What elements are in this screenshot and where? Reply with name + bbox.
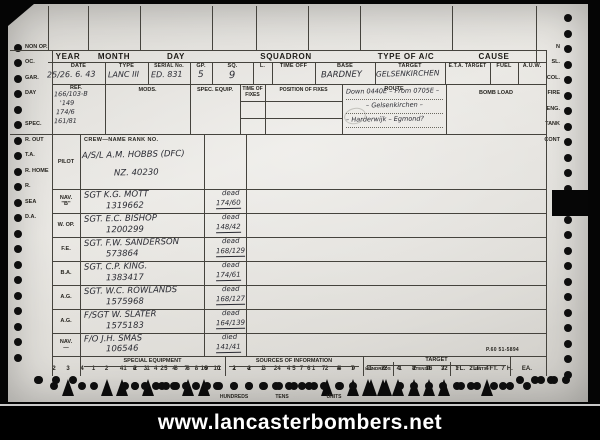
crew-note-ref: 174/60 [216, 199, 241, 210]
grid-line [190, 62, 191, 84]
banner-month: MONTH [88, 50, 140, 62]
punch-cell: 4 [481, 366, 493, 400]
crew-number: 573864 [106, 249, 139, 260]
grid-line [204, 134, 205, 356]
punch-hole [14, 338, 22, 346]
website-url-text: www.lancasterbombers.net [158, 411, 442, 435]
punch-hole [192, 382, 200, 390]
left-punch-column: NON OP.OC.GAR.DAYSPEC.R. OUTT.A.R. HOMER… [10, 40, 52, 366]
punch-hole [14, 354, 22, 362]
field-type-value: LANC III [108, 70, 139, 80]
grid-line [240, 101, 342, 102]
punch-cell: 4 [275, 366, 283, 400]
punch-cell [52, 366, 60, 400]
punch-cell: 7 [320, 366, 328, 400]
field-auw-label: A.U.W. [518, 62, 546, 69]
field-l-label: L. [253, 62, 272, 69]
punch-cell: 7 [439, 366, 447, 400]
edge-punch-row: NON OP. [10, 40, 52, 56]
banner-type-of-ac: TYPE OF A/C [360, 50, 452, 62]
punch-cell [516, 366, 524, 400]
grid-line [52, 356, 546, 357]
punched-notch [481, 379, 493, 396]
crew-role: A.G. [52, 285, 80, 309]
crew-name: A/S/L A.M. HOBBS (DFC) [82, 149, 185, 161]
punch-hole [162, 382, 170, 390]
punch-row-label: N [556, 45, 560, 51]
crew-note-ref: 141/41 [216, 343, 241, 354]
punch-cell: 9 [349, 366, 357, 400]
punch-cell: 7 [182, 366, 190, 400]
field-serial-value: ED. 831 [151, 70, 183, 80]
punch-cell: 2 [131, 366, 139, 400]
crew-name: SGT. E.C. BISHOP [84, 213, 157, 225]
field-eta-target-label: E.T.A. TARGET [445, 62, 490, 69]
crew-row-ag-1: A.G. SGT. W.C. ROWLANDS 1575968 dead 168… [52, 285, 546, 309]
punch-hole [564, 154, 572, 162]
grid-line [48, 62, 546, 63]
field-sq-label: SQ. [212, 62, 253, 69]
punch-hole [152, 382, 160, 390]
grid-line [272, 62, 273, 84]
grid-line [212, 6, 213, 50]
punch-cell: 6 [172, 366, 180, 400]
edge-punch-row [10, 335, 52, 351]
grid-line [212, 62, 213, 84]
punch-col-label: 7 [501, 366, 504, 372]
grid-line [452, 6, 453, 50]
punch-hole [564, 216, 572, 224]
field-type-label: TYPE [105, 62, 148, 69]
grid-line [105, 84, 106, 134]
bottom-punch-group-right [512, 366, 574, 400]
grid-line [450, 362, 451, 376]
punch-hole [467, 382, 475, 390]
punch-col-label: 2 [384, 366, 387, 372]
grid-line [490, 62, 491, 84]
ref-line-4: 161/81 [54, 117, 77, 125]
crew-role: B.A. [52, 261, 80, 285]
punch-hole [14, 152, 22, 160]
punch-col-label: 1 [398, 366, 401, 372]
grid-line [52, 261, 546, 262]
punched-notch [380, 379, 392, 396]
punch-row-label: DAY [25, 91, 36, 97]
grid-line [363, 356, 364, 376]
punch-row-label: GAR. [25, 76, 39, 82]
edge-punch-row: SEA [10, 195, 52, 211]
field-eta-target: E.T.A. TARGET [445, 62, 490, 84]
punch-hole [335, 382, 343, 390]
punch-cell: 1 [365, 366, 377, 400]
punch-hole [14, 214, 22, 222]
crew-note-ref: 174/61 [216, 271, 241, 282]
punch-col-label: 7 [441, 366, 444, 372]
punch-hole [14, 90, 22, 98]
punch-row-label: TANK [545, 122, 560, 128]
field-date-value: 25/26. 6. 43 [47, 69, 96, 79]
crew-row-nav-b: NAV."B" SGT K.G. MOTT 1319662 dead 174/6… [52, 189, 546, 213]
punch-cell: 2 [101, 366, 113, 400]
crew-note-word: dead [222, 237, 240, 245]
field-gp-label: GP. [190, 62, 212, 69]
field-base-value: BARDNEY [321, 70, 362, 81]
punch-hole [14, 75, 22, 83]
edge-punch-row: T.A. [10, 149, 52, 165]
punch-hole [564, 293, 572, 301]
edge-punch-row: R. [10, 180, 52, 196]
crew-row-ag-2: A.G. F/SGT W. SLATER 1575183 dead 164/13… [52, 309, 546, 333]
punch-hole [131, 382, 139, 390]
grid-line [367, 365, 506, 366]
punch-hole [203, 382, 211, 390]
crew-note-word: died [222, 333, 237, 341]
punch-hole [14, 245, 22, 253]
punch-hole [290, 382, 298, 390]
grid-line [518, 62, 519, 84]
punch-cell: 10 [213, 366, 221, 400]
punch-hole [260, 382, 268, 390]
punch-hole [439, 382, 447, 390]
punch-hole [14, 199, 22, 207]
banner-day: DAY [140, 50, 212, 62]
edge-punch-row [10, 319, 52, 335]
grid-line [315, 62, 316, 84]
punch-hole [410, 382, 418, 390]
edge-punch-row: TANK [508, 118, 574, 134]
punch-hole [14, 307, 22, 315]
punch-col-label: 1 [455, 366, 458, 372]
sources-of-information-label: SOURCES OF INFORMATION [225, 358, 363, 364]
grid-line [190, 84, 191, 134]
punch-cell: 1 [121, 366, 129, 400]
punch-hole [547, 376, 555, 384]
punch-cell [35, 366, 43, 400]
grid-line [52, 285, 546, 286]
punch-cell: 5 [290, 366, 298, 400]
grid-line [253, 62, 254, 84]
grid-line [84, 366, 221, 367]
punch-hole [564, 309, 572, 317]
grid-line [10, 50, 546, 51]
punch-hole [564, 231, 572, 239]
edge-punch-row: DAY [10, 87, 52, 103]
punch-cell: 2 [467, 366, 475, 400]
punch-hole [121, 382, 129, 390]
punch-hole [245, 382, 253, 390]
grid-line [225, 356, 226, 376]
punch-hole [14, 137, 22, 145]
torn-punch-slot [552, 190, 588, 216]
punch-hole [564, 92, 572, 100]
punch-hole [14, 323, 22, 331]
punch-hole [564, 30, 572, 38]
screenshot-root: { "page": { "url_bar_text": "www.lancast… [0, 0, 600, 440]
target-section-label: TARGET [363, 357, 510, 363]
punch-cell: 8 [192, 366, 200, 400]
punch-cell: 4 [152, 366, 160, 400]
field-type: TYPELANC III [105, 62, 148, 84]
punch-row-label: T.A. [25, 153, 35, 159]
punch-cell: 2 [410, 366, 418, 400]
punch-row-label: COL. [547, 76, 560, 82]
edge-punch-row [508, 9, 574, 25]
punch-row-label: D.A. [25, 215, 36, 221]
field-sq-value: 9 [229, 70, 236, 81]
crew-name: SGT. W.C. ROWLANDS [84, 285, 177, 297]
punch-cell: 1 [396, 366, 404, 400]
crew-row-pilot: PILOT A/S/L A.M. HOBBS (DFC) NZ. 40230 [52, 134, 546, 189]
form-code: P.60 51-5894 [486, 347, 519, 353]
punch-hole [14, 230, 22, 238]
punched-notch [365, 379, 377, 396]
punch-hole [564, 262, 572, 270]
punch-hole [564, 169, 572, 177]
grid-line [445, 62, 446, 84]
crew-number: 1319662 [106, 201, 144, 212]
edge-punch-row [10, 226, 52, 242]
crew-note-word: dead [222, 189, 240, 197]
punch-hole [349, 382, 357, 390]
loss-record-punch-card: 234 1248 124816 HUNDREDS124 TENS1247 UNI… [8, 4, 588, 402]
crew-role: NAV.— [52, 333, 80, 356]
grid-line [393, 362, 394, 376]
grid-line [240, 84, 241, 134]
punch-hole [320, 382, 328, 390]
crew-note-word: dead [222, 213, 240, 221]
punch-cell: 9 [203, 366, 211, 400]
punch-hole [213, 382, 221, 390]
crew-name: SGT K.G. MOTT [84, 189, 149, 200]
punch-hole [141, 382, 149, 390]
punch-hole [564, 355, 572, 363]
spec-equip-label: SPEC. EQUIP. [190, 87, 240, 93]
time-of-fixes-label-2: FIXES [240, 92, 265, 98]
punch-cell [69, 366, 77, 400]
crew-row-fe: F.E. SGT. F.W. SANDERSON 573864 dead 168… [52, 237, 546, 261]
punch-cell: 7 [499, 366, 507, 400]
field-time-off: TIME OFF [272, 62, 315, 84]
edge-punch-row [10, 242, 52, 258]
position-of-fixes-label: POSITION OF FIXES [265, 87, 342, 93]
punch-cell: 2 [380, 366, 392, 400]
field-fuel-label: FUEL [490, 62, 518, 69]
punch-hole [564, 123, 572, 131]
field-date: DATE25/26. 6. 43 [52, 62, 105, 84]
punch-hole [564, 14, 572, 22]
punched-notch [101, 379, 113, 396]
punch-hole [564, 61, 572, 69]
punch-row-label: SEA [25, 200, 36, 206]
ref-line-1: 166/103-B [54, 90, 88, 99]
edge-punch-row [508, 25, 574, 41]
punch-hole [564, 138, 572, 146]
punch-cell [547, 366, 555, 400]
punch-hole [425, 382, 433, 390]
crew-role: A.G. [52, 309, 80, 333]
website-url-bar: www.lancasterbombers.net [0, 406, 600, 440]
punch-hole [564, 340, 572, 348]
punch-cell: 1 [90, 366, 98, 400]
punch-cell: 4 [425, 366, 433, 400]
punch-col-label: 2 [469, 366, 472, 372]
field-target-value: GELSENKIRCHEN [376, 68, 440, 78]
edge-punch-row [10, 257, 52, 273]
grid-line [546, 50, 547, 376]
punch-hole [564, 324, 572, 332]
punch-col-label: 2 [413, 366, 416, 372]
crew-note-ref: 164/139 [216, 319, 245, 330]
field-gp: GP.5 [190, 62, 212, 84]
grid-line [536, 6, 537, 62]
punch-hole [564, 278, 572, 286]
edge-punch-row: GAR. [10, 71, 52, 87]
crew-role: PILOT [52, 134, 80, 189]
field-serial-label: SERIAL No. [148, 62, 190, 69]
punch-hole [562, 376, 570, 384]
crew-name: F/SGT W. SLATER [84, 309, 157, 321]
punch-hole [35, 376, 43, 384]
crew-name: SGT. F.W. SANDERSON [84, 237, 179, 249]
punch-hole [182, 382, 190, 390]
crew-note-ref: 168/127 [216, 295, 245, 306]
punch-cell [562, 366, 570, 400]
crew-note-ref: 148/42 [216, 223, 241, 234]
edge-punch-row: R. HOME [10, 164, 52, 180]
crew-row-wop: W. OP. SGT. E.C. BISHOP 1200299 dead 148… [52, 213, 546, 237]
field-base-label: BASE [315, 62, 375, 69]
field-l: L. [253, 62, 272, 84]
crew-name: SGT. C.P. KING. [84, 261, 147, 272]
field-fuel: FUEL [490, 62, 518, 84]
crew-row-nav-2: NAV.— F/O J.H. SMAS 106546 died 141/41 [52, 333, 546, 356]
punch-hole [531, 376, 539, 384]
field-sq: SQ.9 [212, 62, 253, 84]
grid-line [229, 366, 359, 367]
edge-punch-row [10, 102, 52, 118]
field-target: TARGETGELSENKIRCHEN [375, 62, 445, 84]
punch-col-label: 1 [369, 366, 372, 372]
edge-punch-row: SPEC. [10, 118, 52, 134]
field-serial: SERIAL No.ED. 831 [148, 62, 190, 84]
crew-number: 1575183 [106, 321, 144, 332]
bottom-punch-group-target-tens: 1247 [393, 366, 450, 400]
punch-hole [230, 382, 238, 390]
punch-hole [516, 376, 524, 384]
edge-punch-row [10, 350, 52, 366]
field-gp-value: 5 [198, 70, 204, 80]
grid-line [308, 6, 309, 50]
punch-hole [453, 382, 461, 390]
bomb-load-label: BOMB LOAD [446, 90, 546, 96]
punch-hole [14, 59, 22, 67]
punch-cell: 1 [230, 366, 238, 400]
edge-punch-row [10, 288, 52, 304]
punch-cell: 2 [245, 366, 253, 400]
grid-line [52, 237, 546, 238]
grid-line [105, 62, 106, 84]
punch-hole [14, 106, 22, 114]
punch-hole [564, 247, 572, 255]
field-date-label: DATE [52, 62, 105, 69]
punch-row-label: OC. [25, 60, 35, 66]
grid-line [140, 6, 141, 50]
grid-line [446, 84, 447, 134]
crew-note-word: dead [222, 309, 240, 317]
grid-line [342, 84, 343, 134]
punch-hole [396, 382, 404, 390]
field-base: BASEBARDNEY [315, 62, 375, 84]
punch-col-label: 4 [485, 366, 488, 372]
field-time-off-label: TIME OFF [272, 62, 315, 69]
grid-line [246, 134, 247, 356]
special-equipment-label: SPECIAL EQUIPMENT [80, 358, 225, 364]
edge-punch-row: ENG. [508, 102, 574, 118]
punch-hole [564, 76, 572, 84]
crew-note-word: dead [222, 285, 240, 293]
punch-hole [14, 168, 22, 176]
grid-line [52, 333, 546, 334]
punch-row-label: SL. [551, 60, 560, 66]
edge-punch-row: N [508, 40, 574, 56]
crew-row-ba: B.A. SGT. C.P. KING. 1383417 dead 174/61 [52, 261, 546, 285]
punch-cell: 1 [453, 366, 461, 400]
punch-hole [499, 382, 507, 390]
field-auw: A.U.W. [518, 62, 546, 84]
punch-cell: 3 [141, 366, 149, 400]
punch-hole [14, 183, 22, 191]
grid-line [52, 84, 546, 85]
edge-punch-row [10, 304, 52, 320]
bottom-punch-group-target-hundreds: 12 [363, 366, 393, 400]
punch-col-label: 4 [427, 366, 430, 372]
crew-role: W. OP. [52, 213, 80, 237]
grid-line [52, 213, 546, 214]
punch-row-label: R. [25, 184, 31, 190]
grid-line [375, 62, 376, 84]
punch-hole [14, 261, 22, 269]
route-line-1-text: Down 0440E – From 0705E – [346, 86, 443, 95]
punch-hole [90, 382, 98, 390]
punch-cell [531, 366, 539, 400]
bottom-punch-group-special-equipment: 12345678910 [120, 366, 222, 400]
route-line-1: Down 0440E – From 0705E – [346, 87, 443, 100]
punch-hole [14, 292, 22, 300]
punch-hole [172, 382, 180, 390]
punch-row-label: R. OUT [25, 138, 44, 144]
edge-punch-row [10, 273, 52, 289]
punch-hole [14, 276, 22, 284]
crew-role: NAV."B" [52, 189, 80, 213]
crew-number: 1200299 [106, 225, 144, 236]
grid-line [52, 189, 546, 190]
grid-line [52, 50, 53, 376]
crew-note-word: dead [222, 261, 240, 269]
edge-punch-row: OC. [10, 56, 52, 72]
banner-year: YEAR [48, 50, 88, 62]
ref-line-2: '149 [60, 99, 74, 107]
edge-punch-row: D.A. [10, 211, 52, 227]
bottom-punch-group-sources: 123456789 [227, 366, 361, 400]
grid-line [265, 84, 266, 134]
grid-line [256, 6, 257, 50]
crew-note-ref: 168/129 [216, 247, 245, 258]
punch-hole [564, 45, 572, 53]
grid-line [510, 356, 511, 376]
punch-cell: 6 [305, 366, 313, 400]
punch-cell: 3 [260, 366, 268, 400]
grid-line [360, 6, 361, 50]
